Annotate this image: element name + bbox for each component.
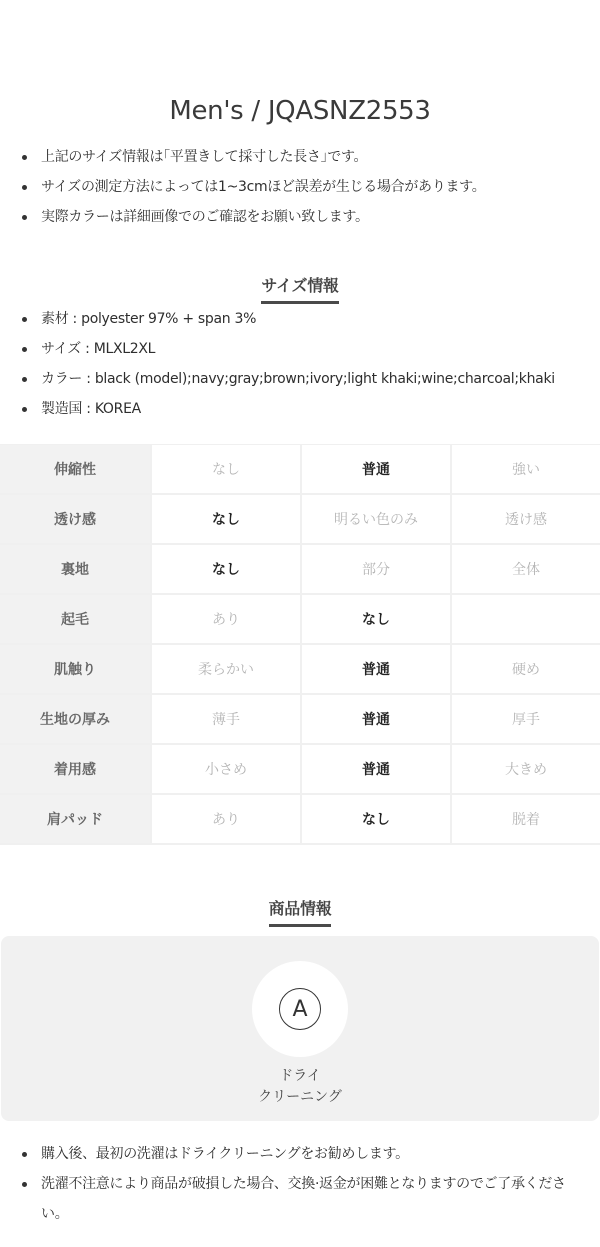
attribute-option xyxy=(452,595,600,643)
table-row: 透け感なし明るい色のみ透け感 xyxy=(0,495,600,545)
care-icon-circle: A xyxy=(252,961,348,1057)
size-info-heading: サイズ情報 xyxy=(0,273,600,304)
care-label: ドライ クリーニング xyxy=(1,1066,599,1108)
attribute-option-selected: なし xyxy=(302,795,450,843)
attribute-option: 大きめ xyxy=(452,745,600,793)
attribute-option: 脱着 xyxy=(452,795,600,843)
attribute-option-selected: なし xyxy=(152,495,300,543)
attribute-option: 全体 xyxy=(452,545,600,593)
attribute-label: 起毛 xyxy=(0,595,150,643)
spec-color: カラー : black (model);navy;gray;brown;ivor… xyxy=(0,364,600,394)
attribute-option: 小さめ xyxy=(152,745,300,793)
list-item: 上記のサイズ情報は｢平置きして採寸した長さ｣です。 xyxy=(0,142,600,172)
attribute-option: 明るい色のみ xyxy=(302,495,450,543)
attribute-label: 肩パッド xyxy=(0,795,150,843)
attribute-option-selected: 普通 xyxy=(302,445,450,493)
product-info-heading-text: 商品情報 xyxy=(269,896,332,927)
attribute-label: 伸縮性 xyxy=(0,445,150,493)
table-row: 伸縮性なし普通強い xyxy=(0,445,600,495)
size-info-heading-text: サイズ情報 xyxy=(261,273,338,304)
attribute-label: 透け感 xyxy=(0,495,150,543)
attribute-option-selected: 普通 xyxy=(302,745,450,793)
dry-clean-a-icon: A xyxy=(279,988,321,1030)
size-notes-list: 上記のサイズ情報は｢平置きして採寸した長さ｣です。 サイズの測定方法によっては1… xyxy=(0,142,600,232)
attribute-option: なし xyxy=(152,445,300,493)
attribute-option: 厚手 xyxy=(452,695,600,743)
attribute-option-selected: 普通 xyxy=(302,645,450,693)
list-item: 実際カラーは詳細画像でのご確認をお願い致します。 xyxy=(0,202,600,232)
attributes-table: 伸縮性なし普通強い透け感なし明るい色のみ透け感裏地なし部分全体起毛ありなし肌触り… xyxy=(0,444,600,845)
attribute-option: あり xyxy=(152,595,300,643)
spec-material: 素材 : polyester 97% + span 3% xyxy=(0,304,600,334)
attribute-option: 部分 xyxy=(302,545,450,593)
list-item: 購入後、最初の洗濯はドライクリーニングをお勧めします。 xyxy=(0,1139,600,1169)
attribute-option: 強い xyxy=(452,445,600,493)
care-instructions-box: A ドライ クリーニング xyxy=(1,936,599,1121)
page-title: Men's / JQASNZ2553 xyxy=(0,96,600,126)
attribute-option: 透け感 xyxy=(452,495,600,543)
attribute-option-selected: なし xyxy=(152,545,300,593)
attribute-option-selected: 普通 xyxy=(302,695,450,743)
spec-list: 素材 : polyester 97% + span 3% サイズ : MLXL2… xyxy=(0,304,600,424)
list-item: 洗濯不注意により商品が破損した場合、交換·返金が困難となりますのでご了承ください… xyxy=(0,1169,600,1229)
table-row: 裏地なし部分全体 xyxy=(0,545,600,595)
care-label-line1: ドライ xyxy=(1,1066,599,1087)
table-row: 生地の厚み薄手普通厚手 xyxy=(0,695,600,745)
product-info-heading: 商品情報 xyxy=(0,896,600,927)
attribute-option: 薄手 xyxy=(152,695,300,743)
spec-origin: 製造国 : KOREA xyxy=(0,394,600,424)
care-label-line2: クリーニング xyxy=(1,1087,599,1108)
care-notes-list: 購入後、最初の洗濯はドライクリーニングをお勧めします。 洗濯不注意により商品が破… xyxy=(0,1139,600,1229)
attribute-label: 裏地 xyxy=(0,545,150,593)
attribute-option: あり xyxy=(152,795,300,843)
attribute-option-selected: なし xyxy=(302,595,450,643)
attribute-label: 着用感 xyxy=(0,745,150,793)
spec-size: サイズ : MLXL2XL xyxy=(0,334,600,364)
table-row: 肌触り柔らかい普通硬め xyxy=(0,645,600,695)
list-item: サイズの測定方法によっては1~3cmほど誤差が生じる場合があります。 xyxy=(0,172,600,202)
table-row: 肩パッドありなし脱着 xyxy=(0,795,600,845)
attribute-label: 肌触り xyxy=(0,645,150,693)
attribute-label: 生地の厚み xyxy=(0,695,150,743)
attribute-option: 柔らかい xyxy=(152,645,300,693)
table-row: 着用感小さめ普通大きめ xyxy=(0,745,600,795)
attribute-option: 硬め xyxy=(452,645,600,693)
table-row: 起毛ありなし xyxy=(0,595,600,645)
